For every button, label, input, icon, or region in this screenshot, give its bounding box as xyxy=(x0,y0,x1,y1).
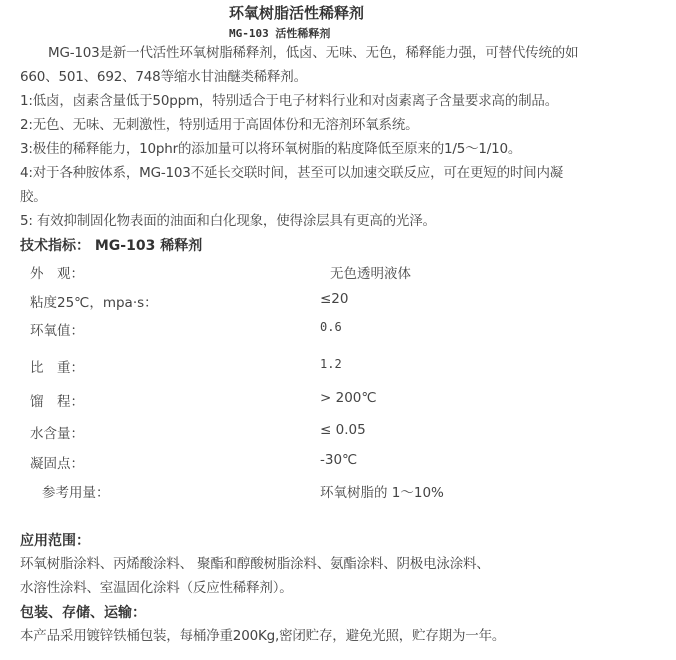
spec-value-dosage: 环氧树脂的 1～10% xyxy=(320,481,444,501)
page-title: 环氧树脂活性稀释剂 xyxy=(229,2,364,23)
spec-value-appearance: 无色透明液体 xyxy=(330,262,411,282)
packaging-heading: 包装、存储、运输： xyxy=(20,602,146,622)
feature-4-cont: 胶。 xyxy=(20,185,47,209)
feature-3: 3:极佳的稀释能力，10phr的添加量可以将环氧树脂的粘度降低至原来的1/5～1… xyxy=(20,137,521,161)
feature-5: 5: 有效抑制固化物表面的油面和白化现象，使得涂层具有更高的光泽。 xyxy=(20,209,436,233)
applications-heading: 应用范围： xyxy=(20,530,90,550)
specs-heading: 技术指标： MG-103 稀释剂 xyxy=(20,235,202,255)
feature-2: 2:无色、无味、无刺激性，特别适用于高固体份和无溶剂环氧系统。 xyxy=(20,113,418,137)
spec-value-density: 1.2 xyxy=(320,357,342,371)
spec-value-viscosity: ≤20 xyxy=(320,291,349,307)
spec-label-density: 比 重： xyxy=(30,356,84,376)
spec-value-freezing-point: -30℃ xyxy=(320,452,357,468)
spec-value-water-content: ≤ 0.05 xyxy=(320,422,366,438)
intro-line-1: MG-103是新一代活性环氧树脂稀释剂，低卤、无味、无色，稀释能力强，可替代传统… xyxy=(48,41,578,65)
spec-label-viscosity: 粘度25℃，mpa·s： xyxy=(30,291,158,311)
feature-4: 4:对于各种胺体系，MG-103不延长交联时间，甚至可以加速交联反应，可在更短的… xyxy=(20,161,563,185)
spec-value-distillation: > 200℃ xyxy=(320,390,377,406)
spec-value-epoxy-value: 0.6 xyxy=(320,320,342,334)
spec-label-water-content: 水含量： xyxy=(30,422,84,442)
spec-label-freezing-point: 凝固点： xyxy=(30,452,84,472)
applications-line-1: 环氧树脂涂料、丙烯酸涂料、 聚酯和醇酸树脂涂料、氨酯涂料、阴极电泳涂料、 xyxy=(20,552,490,576)
intro-line-2: 660、501、692、748等缩水甘油醚类稀释剂。 xyxy=(20,65,307,89)
spec-label-dosage: 参考用量： xyxy=(42,481,110,501)
packaging-text: 本产品采用镀锌铁桶包装，每桶净重200Kg,密闭贮存，避免光照，贮存期为一年。 xyxy=(20,624,505,648)
applications-line-2: 水溶性涂料、室温固化涂料（反应性稀释剂）。 xyxy=(20,576,293,600)
feature-1: 1:低卤，卤素含量低于50ppm，特别适合于电子材料行业和对卤素离子含量要求高的… xyxy=(20,89,558,113)
spec-label-distillation: 馏 程： xyxy=(30,390,84,410)
spec-label-epoxy-value: 环氧值： xyxy=(30,319,84,339)
page-subtitle: MG-103 活性稀释剂 xyxy=(229,25,330,41)
spec-label-appearance: 外 观： xyxy=(30,262,84,282)
